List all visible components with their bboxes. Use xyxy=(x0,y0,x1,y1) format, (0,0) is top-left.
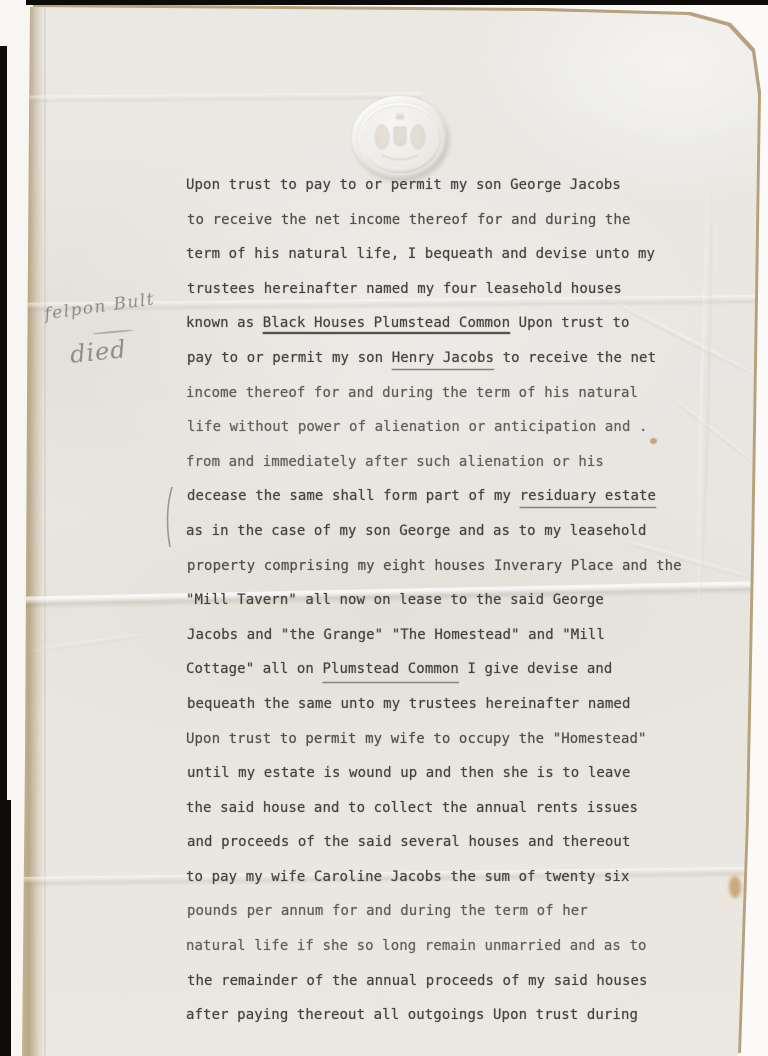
text-segment: to receive the net xyxy=(494,350,656,366)
text-segment: I give devise and xyxy=(459,661,613,677)
text-segment: pay to or permit my son xyxy=(187,350,392,366)
text-segment: term of his natural life, I bequeath and… xyxy=(186,246,655,262)
typescript-line: from and immediately after such alienati… xyxy=(186,445,681,480)
typescript-line: the said house and to collect the annual… xyxy=(186,791,681,826)
paper-page: Upon trust to pay to or permit my son Ge… xyxy=(0,0,768,1056)
typescript-line: until my estate is wound up and then she… xyxy=(187,756,682,791)
typescript-line: Jacobs and "the Grange" "The Homestead" … xyxy=(187,618,682,653)
typescript-line: property comprising my eight houses Inve… xyxy=(187,549,682,584)
text-segment: decease the same shall form part of my xyxy=(187,488,520,504)
text-segment: Cottage" all on xyxy=(186,661,322,677)
text-segment: from and immediately after such alienati… xyxy=(186,454,604,470)
text-segment: Upon trust to permit my wife to occupy t… xyxy=(186,731,647,747)
typescript-line: term of his natural life, I bequeath and… xyxy=(186,237,681,272)
typescript-line: income thereof for and during the term o… xyxy=(186,376,681,411)
paper-wrinkle xyxy=(694,180,715,610)
typescript-line: trustees hereinafter named my four lease… xyxy=(187,272,682,307)
typescript-line: natural life if she so long remain unmar… xyxy=(186,929,681,964)
stain xyxy=(729,876,741,898)
typescript-line: "Mill Tavern" all now on lease to the sa… xyxy=(186,583,681,618)
typescript-line: decease the same shall form part of my r… xyxy=(187,479,682,514)
typescript-line: Cottage" all on Plumstead Common I give … xyxy=(186,652,681,687)
text-segment: after paying thereout all outgoings Upon… xyxy=(186,1007,638,1023)
scanner-edge-left-lower xyxy=(0,800,11,1056)
paper-wrinkle xyxy=(30,632,150,654)
text-segment: until my estate is wound up and then she… xyxy=(187,765,631,781)
typescript-line: Upon trust to pay to or permit my son Ge… xyxy=(186,168,681,203)
typescript-line: pay to or permit my son Henry Jacobs to … xyxy=(187,341,682,376)
pencil-dash xyxy=(92,329,134,335)
text-segment: income thereof for and during the term o… xyxy=(186,385,638,401)
typescript-body: Upon trust to pay to or permit my son Ge… xyxy=(186,168,681,1033)
underlined-phrase: Henry Jacobs xyxy=(392,350,494,366)
pencil-margin-line xyxy=(163,484,175,550)
text-segment: as in the case of my son George and as t… xyxy=(186,523,647,539)
typescript-line: to pay my wife Caroline Jacobs the sum o… xyxy=(186,860,681,895)
typescript-line: Upon trust to permit my wife to occupy t… xyxy=(186,722,681,757)
text-segment: property comprising my eight houses Inve… xyxy=(187,558,682,574)
text-segment: Upon trust to xyxy=(510,315,629,331)
typescript-line: bequeath the same unto my trustees herei… xyxy=(187,687,682,722)
typescript-line: the remainder of the annual proceeds of … xyxy=(187,964,682,999)
scanned-document: Upon trust to pay to or permit my son Ge… xyxy=(0,0,768,1056)
underlined-phrase: residuary estate xyxy=(520,488,656,504)
text-segment: trustees hereinafter named my four lease… xyxy=(187,281,622,297)
typescript-line: and proceeds of the said several houses … xyxy=(187,825,682,860)
text-segment: known as xyxy=(186,315,263,331)
typescript-line: as in the case of my son George and as t… xyxy=(186,514,681,549)
left-fold-edge xyxy=(22,4,44,1056)
text-segment: life without power of alienation or anti… xyxy=(187,419,648,435)
text-segment: natural life if she so long remain unmar… xyxy=(186,938,647,954)
text-segment: Upon trust to pay to or permit my son Ge… xyxy=(186,177,621,193)
typescript-line: known as Black Houses Plumstead Common U… xyxy=(186,306,681,341)
pencil-annotation-died: died xyxy=(69,335,128,369)
text-segment: the remainder of the annual proceeds of … xyxy=(187,973,648,989)
text-segment: pounds per annum for and during the term… xyxy=(187,903,588,919)
text-segment: to receive the net income thereof for an… xyxy=(187,212,631,228)
underlined-phrase: Black Houses Plumstead Common xyxy=(263,315,510,331)
text-segment: Jacobs and "the Grange" "The Homestead" … xyxy=(187,627,605,643)
text-segment: "Mill Tavern" all now on lease to the sa… xyxy=(186,592,604,608)
text-segment: and proceeds of the said several houses … xyxy=(187,834,631,850)
text-segment: bequeath the same unto my trustees herei… xyxy=(187,696,631,712)
pencil-annotation-top: felpon Bult xyxy=(43,289,156,324)
scanner-edge-top xyxy=(26,0,768,5)
text-segment: the said house and to collect the annual… xyxy=(186,800,638,816)
underlined-phrase: Plumstead Common xyxy=(322,661,458,677)
left-fold-line xyxy=(44,8,46,1056)
typescript-line: to receive the net income thereof for an… xyxy=(187,203,682,238)
typescript-line: pounds per annum for and during the term… xyxy=(187,894,682,929)
typescript-line: after paying thereout all outgoings Upon… xyxy=(186,998,681,1033)
text-segment: to pay my wife Caroline Jacobs the sum o… xyxy=(186,869,630,885)
typescript-line: life without power of alienation or anti… xyxy=(187,410,682,445)
